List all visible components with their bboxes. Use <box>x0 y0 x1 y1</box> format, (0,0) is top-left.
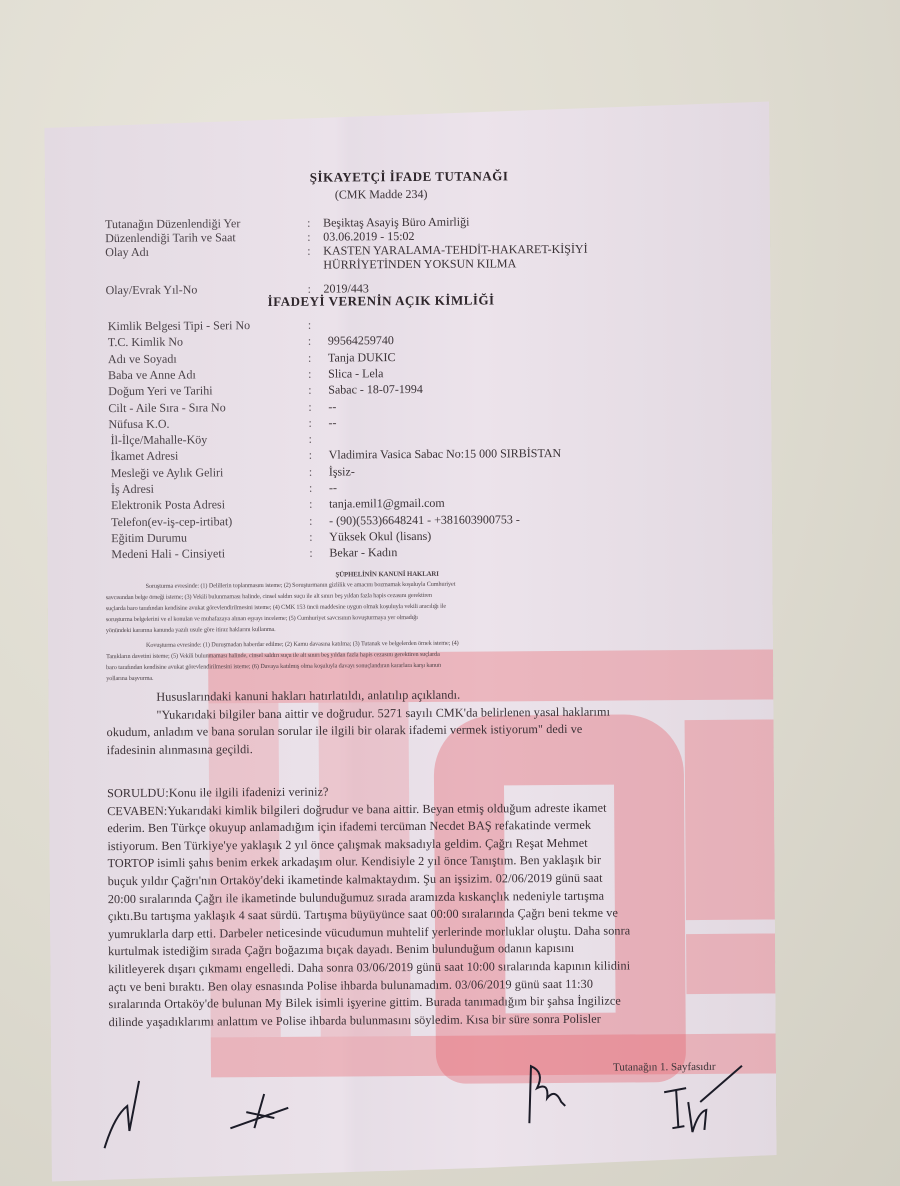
watermark-letter-partial-2 <box>686 933 775 994</box>
identity-field-value: -- <box>328 400 336 412</box>
identity-field-label: Eğitim Durumu <box>111 531 187 544</box>
identity-field-colon: : <box>309 498 312 510</box>
rights-line: yönündeki kararına kanunda yazılı usule … <box>106 627 276 634</box>
rights-text: Soruşturma evresinde: (1) Delillerin top… <box>44 101 769 106</box>
identity-field-colon: : <box>309 465 312 477</box>
statement-line: istiyorum. Ben Türkiye'ye yaklaşık 2 yıl… <box>107 837 587 853</box>
identity-field-label: İş Adresi <box>111 483 154 495</box>
header-field-colon: : <box>307 245 310 257</box>
signature-4 <box>656 1062 747 1138</box>
identity-field-label: Medeni Hali - Cinsiyeti <box>111 547 225 560</box>
identity-heading: İFADEYİ VERENİN AÇIK KİMLİĞİ <box>268 293 495 308</box>
header-field-colon: : <box>307 217 310 229</box>
identity-field-value: - (90)(553)6648241 - +381603900753 - <box>329 513 520 526</box>
identity-field-value: Sabac - 18-07-1994 <box>328 383 423 396</box>
header-field-colon: : <box>307 231 310 243</box>
identity-field-label: Nüfusa K.O. <box>108 417 169 429</box>
statement-line: SORULDU:Konu ile ilgili ifadenizi verini… <box>107 786 329 800</box>
identity-field-colon: : <box>309 531 312 543</box>
rights-line: yollarına başvurma. <box>106 676 153 683</box>
identity-field-value: -- <box>328 416 336 428</box>
identity-field-colon: : <box>309 433 312 445</box>
identity-field-value: İşsiz- <box>329 465 355 477</box>
identity-field-value: tanja.emil1@gmail.com <box>329 497 445 510</box>
statement-line: ederim. Ben Türkçe okuyup anlamadığım iç… <box>107 819 591 835</box>
identity-field-colon: : <box>308 384 311 396</box>
identity-field-label: Doğum Yeri ve Tarihi <box>108 385 212 398</box>
identity-field-colon: : <box>308 416 311 428</box>
statement-line: açtı ve beni bıraktı. Ben olay esnasında… <box>108 977 593 993</box>
identity-field-label: Telefon(ev-iş-cep-irtibat) <box>111 515 232 528</box>
header-field-label: Tutanağın Düzenlendiği Yer <box>105 217 240 230</box>
rights-line: Kovuşturma evresinde: (1) Duruşmadan hab… <box>146 641 459 649</box>
rights-line: savcısından belge örneği isteme; (3) Vek… <box>106 593 432 601</box>
identity-field-label: Baba ve Anne Adı <box>108 368 196 381</box>
identity-field-label: Adı ve Soyadı <box>108 352 177 364</box>
header-field-value: Beşiktaş Asayiş Büro Amirliği <box>323 216 469 229</box>
document-title: ŞİKAYETÇİ İFADE TUTANAĞI <box>310 169 509 183</box>
statement-line: ifadesinin alınmasına geçildi. <box>107 743 253 756</box>
header-field-label: Olay/Evrak Yıl-No <box>105 283 197 296</box>
header-field-value: KASTEN YARALAMA-TEHDİT-HAKARET-KİŞİYİ <box>323 243 587 257</box>
signature-1 <box>99 1076 180 1157</box>
header-field-value: HÜRRİYETİNDEN YOKSUN KILMA <box>323 257 516 270</box>
identity-field-colon: : <box>308 319 311 331</box>
identity-field-value: Slica - Lela <box>328 367 383 379</box>
statement-line: "Yukarıdaki bilgiler bana aittir ve doğr… <box>156 705 610 720</box>
statement-line: CEVABEN:Yukarıdaki kimlik bilgileri doğr… <box>107 801 606 817</box>
identity-field-label: Kimlik Belgesi Tipi - Seri No <box>108 319 250 332</box>
header-field-label: Olay Adı <box>105 246 149 258</box>
identity-fields: Kimlik Belgesi Tipi - Seri No:T.C. Kimli… <box>44 101 769 106</box>
identity-field-colon: : <box>308 400 311 412</box>
rights-line: suçlarda baro tarafından kendisine avuka… <box>106 604 446 613</box>
statement-line: Hususlarındaki kanuni hakları hatırlatıl… <box>156 689 460 703</box>
identity-field-value: Tanja DUKIC <box>328 351 396 363</box>
header-fields: Tutanağın Düzenlendiği Yer:Beşiktaş Asay… <box>44 101 769 106</box>
identity-field-colon: : <box>308 335 311 347</box>
identity-field-label: T.C. Kimlik No <box>108 336 183 349</box>
identity-field-colon: : <box>308 351 311 363</box>
header-field-label: Düzenlendiği Tarih ve Saat <box>105 231 236 244</box>
identity-field-colon: : <box>309 514 312 526</box>
identity-field-colon: : <box>309 449 312 461</box>
watermark-letter-partial <box>685 719 775 920</box>
identity-field-label: Elektronik Posta Adresi <box>111 499 225 512</box>
rights-heading: ŞÜPHELİNİN KANUNİ HAKLARI <box>336 572 439 580</box>
document-page: ŞİKAYETÇİ İFADE TUTANAĞI (CMK Madde 234)… <box>44 101 776 1181</box>
identity-field-label: Cilt - Aile Sıra - Sıra No <box>108 401 225 414</box>
statement-line: kilitleyerek dışarı çıkmamı engelledi. D… <box>108 959 630 975</box>
identity-field-label: İkamet Adresi <box>111 450 179 462</box>
statement-line: buçuk yıldır Çağrı'nın Ortaköy'deki ikam… <box>108 872 603 888</box>
identity-field-value: Yüksek Okul (lisans) <box>329 530 431 543</box>
identity-field-colon: : <box>308 368 311 380</box>
signature-3 <box>521 1058 581 1128</box>
statement-body: Hususlarındaki kanuni hakları hatırlatıl… <box>44 101 769 106</box>
header-field-value: 03.06.2019 - 15:02 <box>323 230 414 243</box>
signature-2 <box>226 1090 296 1135</box>
statement-line: yumruklarla darp etti. Darbeler neticesi… <box>108 924 630 940</box>
identity-field-value: 99564259740 <box>328 334 394 346</box>
identity-field-label: Mesleği ve Aylık Geliri <box>111 466 224 479</box>
statement-line: okudum, anladım ve bana sorulan sorular … <box>107 723 583 739</box>
rights-line: Soruşturma evresinde: (1) Delillerin top… <box>146 582 456 590</box>
statement-line: 20:00 sıralarında Çağrı ile ikametinde b… <box>108 889 604 905</box>
identity-field-value: -- <box>329 482 337 494</box>
statement-line: dilinde yaşadıklarımı anlattım ve Polise… <box>109 1012 601 1028</box>
identity-field-colon: : <box>309 547 312 559</box>
document-subtitle: (CMK Madde 234) <box>335 188 428 201</box>
identity-field-value: Vladimira Vasica Sabac No:15 000 SIRBİST… <box>329 447 562 461</box>
identity-field-colon: : <box>309 482 312 494</box>
identity-field-label: İl-İlçe/Mahalle-Köy <box>111 434 208 447</box>
rights-line: soruşturma belgelerini ve el konulan ve … <box>106 615 418 623</box>
identity-field-value: Bekar - Kadın <box>329 546 397 558</box>
